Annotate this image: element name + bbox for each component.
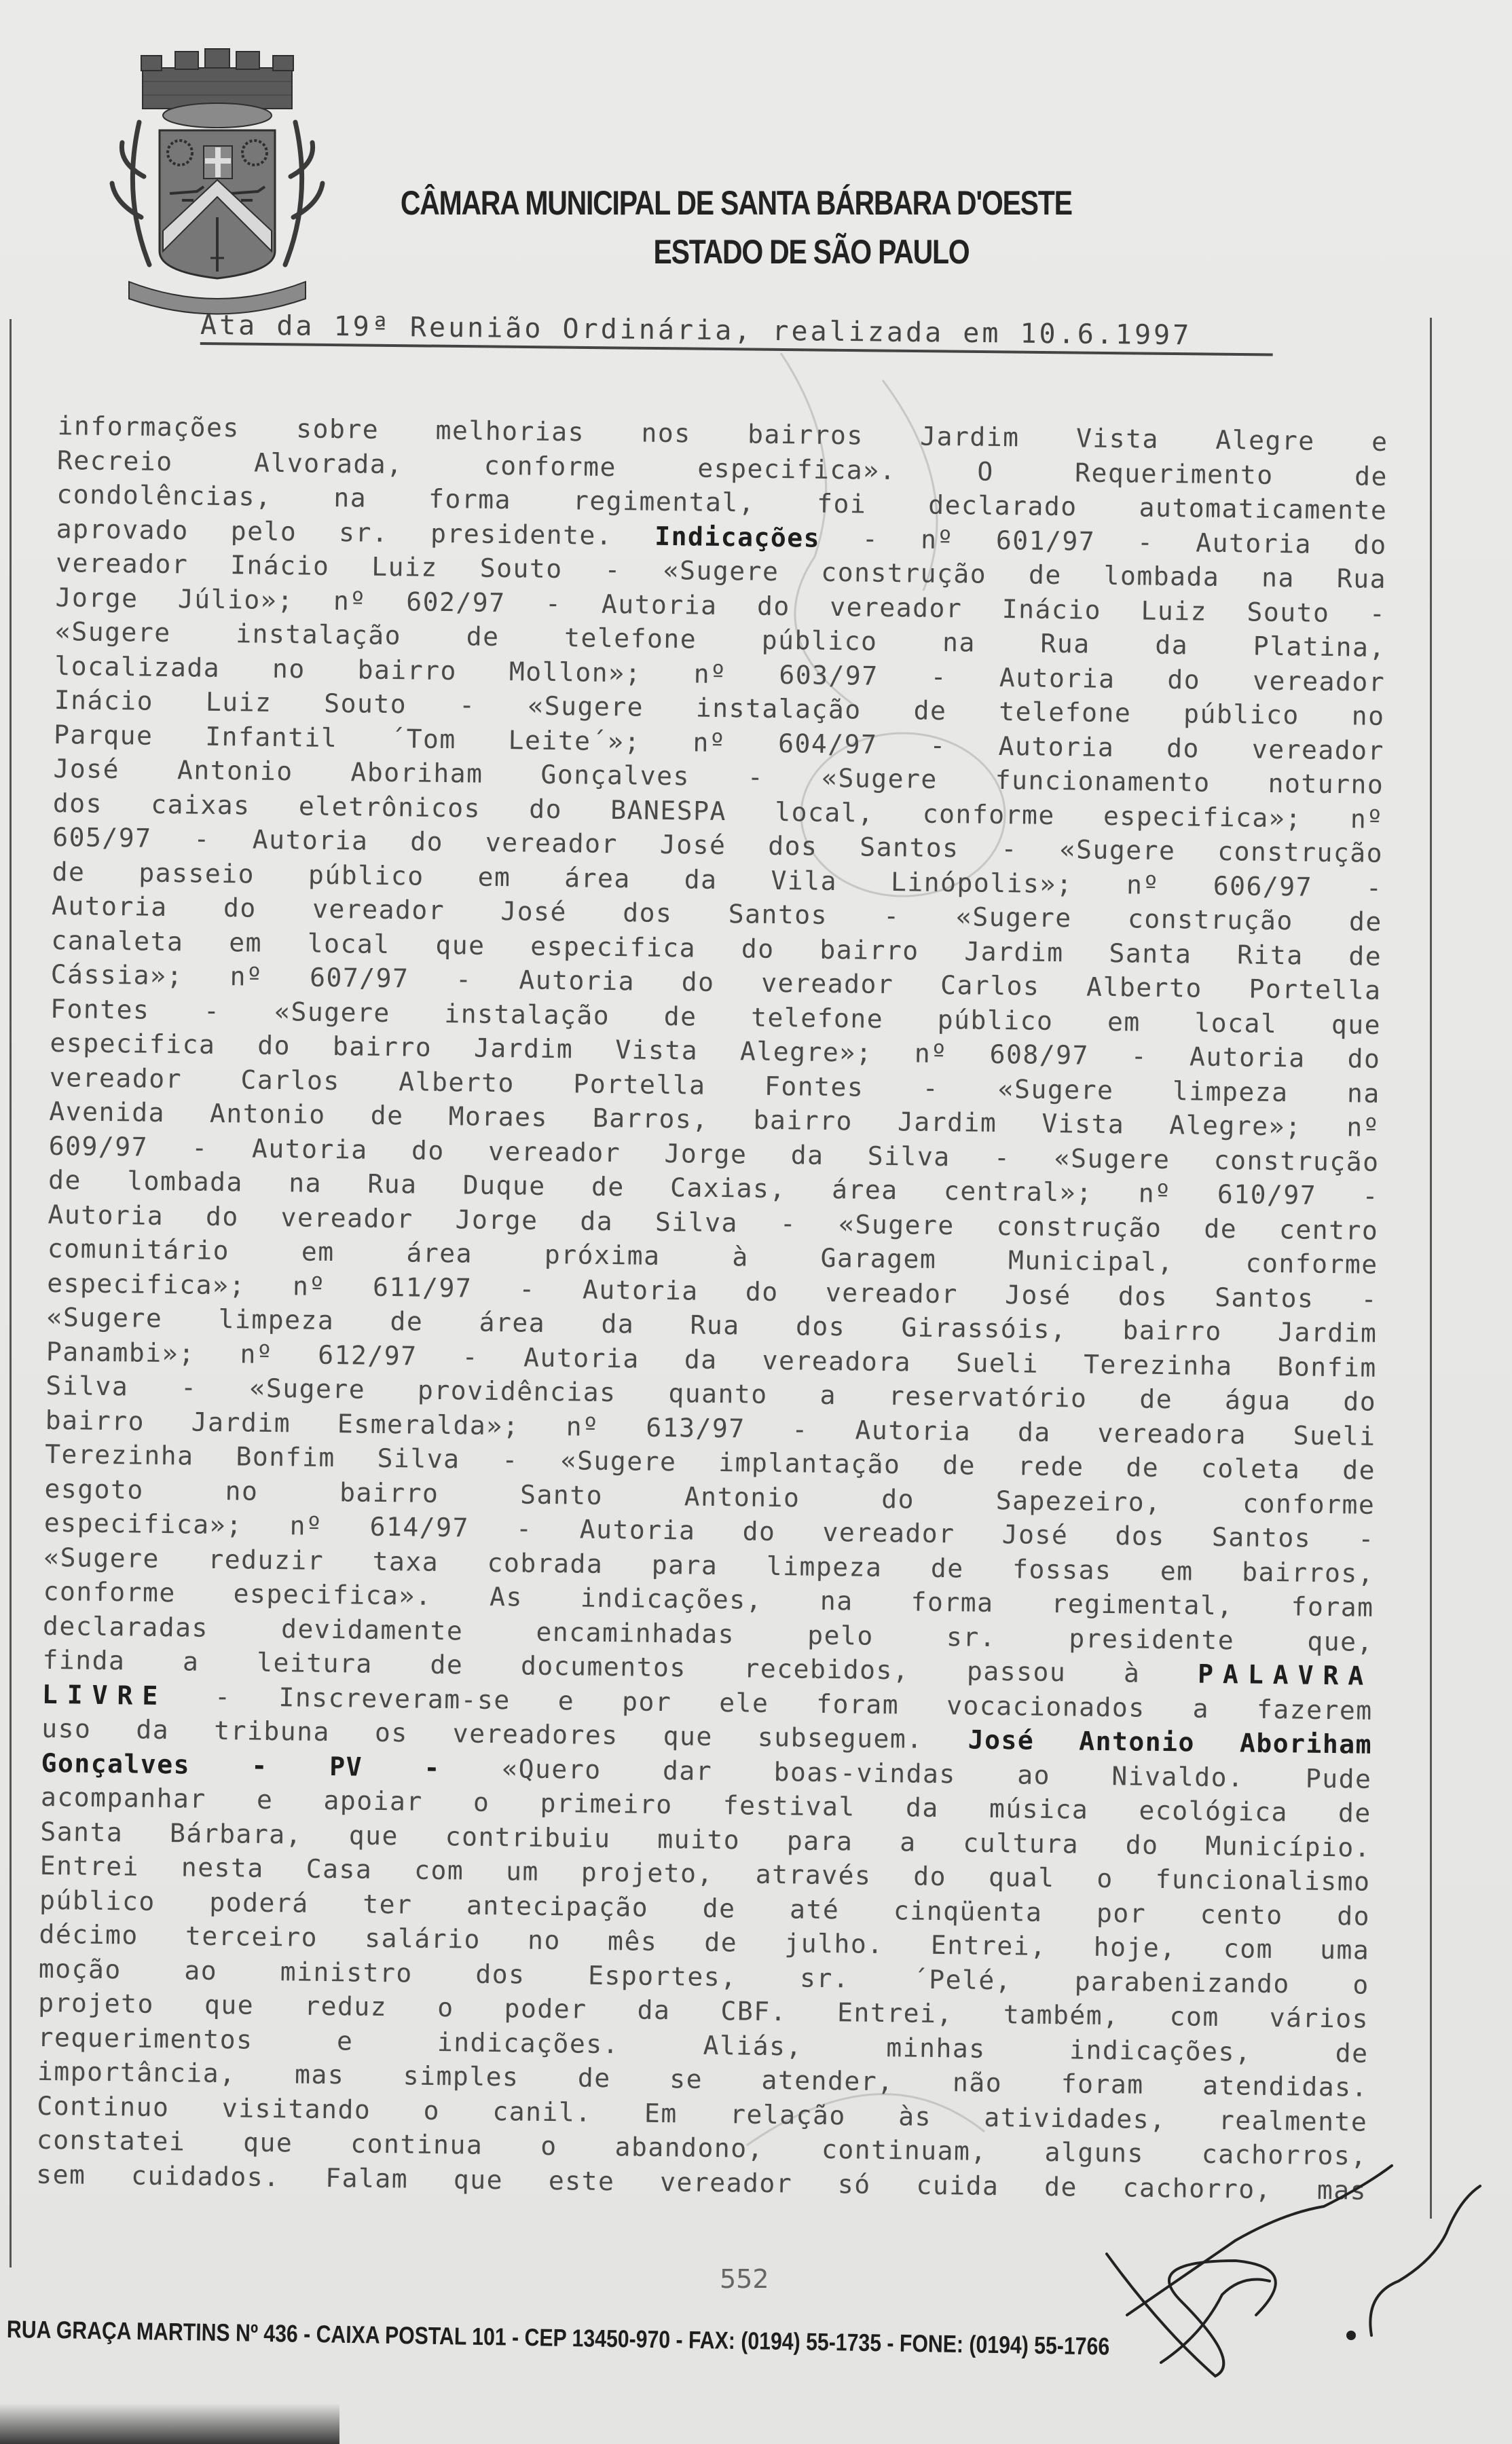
word: vereador	[660, 2165, 793, 2201]
page-number: 552	[720, 2264, 769, 2294]
word: relação	[730, 2097, 846, 2133]
word: vereador	[485, 826, 619, 862]
word: bairro	[819, 932, 919, 967]
word: Jardim	[964, 934, 1064, 969]
word: noturno	[1268, 766, 1384, 802]
word: conforme	[1245, 1246, 1378, 1282]
word: a	[819, 1378, 836, 1413]
word: Fontes	[50, 991, 150, 1026]
word: do	[1167, 662, 1200, 697]
word: de	[52, 854, 85, 889]
word: esgoto	[44, 1471, 144, 1506]
word: sr.	[800, 1961, 850, 1995]
minutes-body: informaçõessobremelhoriasnosbairrosJardi…	[36, 409, 1388, 2208]
word: da	[136, 1713, 169, 1747]
word: limpeza	[1173, 1074, 1289, 1110]
word: Silva	[868, 1138, 951, 1174]
word: nº	[693, 656, 726, 691]
word: o	[1352, 1967, 1369, 2002]
word: o	[1096, 1862, 1113, 1896]
word: pelo	[807, 1618, 874, 1653]
word: nº	[1126, 868, 1160, 902]
word: «Sugere	[528, 688, 644, 724]
word: nº	[693, 725, 726, 760]
word: nesta	[181, 1850, 264, 1885]
word: PALAVRA	[1198, 1657, 1373, 1694]
word: «Sugere	[997, 1071, 1113, 1107]
word: Duque	[463, 1168, 546, 1203]
word: do	[1354, 527, 1387, 562]
word: do	[1166, 730, 1200, 765]
word: regimental,	[573, 483, 756, 520]
word: água	[1225, 1383, 1291, 1418]
word: Rua	[367, 1167, 418, 1202]
word: de	[466, 619, 499, 654]
word: Luiz	[206, 685, 272, 720]
word: Souto	[324, 686, 407, 722]
word: Aliás,	[703, 2028, 803, 2063]
word: 603/97	[779, 658, 879, 693]
word: Jardim	[191, 1405, 291, 1440]
word: 609/97	[48, 1128, 148, 1164]
word: Portella	[573, 1067, 706, 1103]
word: poder	[504, 1991, 587, 2026]
word: que	[1331, 1007, 1382, 1041]
word: «Sugere	[822, 761, 938, 797]
word: cento	[1200, 1897, 1283, 1932]
word: presidente.	[430, 516, 613, 553]
word: do	[742, 1514, 775, 1549]
word: da	[580, 1204, 613, 1238]
word: -	[424, 1750, 441, 1785]
word: em	[1107, 1004, 1141, 1039]
word: Em	[644, 2096, 678, 2130]
word: nos	[641, 416, 691, 451]
word: em	[477, 859, 511, 894]
word: do	[410, 824, 443, 859]
word: Inscreveram-se	[278, 1680, 511, 1718]
word: ´Tom	[390, 722, 456, 757]
right-margin-rule	[1430, 318, 1432, 2219]
word: do	[881, 1481, 915, 1516]
word: do	[757, 589, 790, 623]
word: -	[502, 1443, 519, 1477]
word: de	[1204, 1211, 1237, 1246]
word: para	[787, 1823, 853, 1859]
word: Autoria	[579, 1513, 695, 1549]
word: e	[1371, 425, 1388, 460]
word: área	[564, 861, 631, 896]
word: da	[601, 1307, 634, 1341]
word: uma	[1320, 1933, 1370, 1967]
word: local	[307, 926, 390, 961]
word: Inácio	[230, 548, 330, 583]
word: comunitário	[48, 1232, 230, 1268]
word: dos	[1118, 1279, 1168, 1314]
word: moção	[39, 1951, 122, 1986]
word: Sapezeiro,	[995, 1483, 1161, 1519]
word: foram	[1061, 2067, 1143, 2102]
word: que	[435, 927, 485, 962]
word: poderá	[209, 1885, 309, 1920]
word: Mollon»;	[509, 654, 642, 690]
word: Jardim	[474, 1031, 574, 1067]
word: de	[942, 1448, 976, 1483]
word: recebidos,	[743, 1651, 909, 1687]
word: passeio	[139, 855, 255, 891]
word: boas-vindas	[773, 1755, 956, 1792]
word: próxima	[545, 1238, 661, 1274]
word: do	[223, 891, 257, 925]
word: -	[929, 728, 946, 762]
word: Terezinha	[1084, 1347, 1233, 1383]
coat-of-arms-icon	[102, 48, 333, 319]
word: especifica».	[233, 1576, 432, 1613]
word: -	[193, 821, 210, 856]
word: canil.	[492, 2094, 592, 2130]
word: LIVRE	[42, 1677, 168, 1713]
word: Autoria	[855, 1413, 971, 1449]
word: na	[1347, 1076, 1380, 1111]
word: Continuo	[37, 2088, 170, 2124]
word: primeiro	[540, 1786, 673, 1822]
word: cobrada	[487, 1545, 603, 1581]
word: Silva	[45, 1369, 128, 1404]
word: «Sugere	[956, 900, 1072, 936]
word: bairro	[333, 1029, 432, 1064]
word: 607/97	[310, 961, 409, 996]
word: e	[257, 1783, 274, 1817]
word: vários	[1270, 2001, 1369, 2036]
word: instalação	[236, 616, 401, 652]
word: 606/97	[1213, 868, 1313, 904]
word: «Sugere	[43, 1540, 160, 1576]
word: reduzir	[208, 1542, 324, 1578]
word: o	[473, 1785, 490, 1820]
word: do	[206, 1199, 239, 1234]
word: Município.	[1205, 1828, 1371, 1864]
footer-address: RUA GRAÇA MARTINS Nº 436 - CAIXA POSTAL …	[7, 2315, 1204, 2363]
word: tribuna	[214, 1714, 330, 1749]
word: antecipação	[466, 1888, 649, 1925]
word: Entrei,	[837, 1995, 953, 2031]
word: Autoria	[523, 1340, 640, 1376]
word: Antonio	[210, 1096, 326, 1132]
word: a	[1192, 1691, 1209, 1726]
word: fazerem	[1257, 1692, 1373, 1728]
word: nº	[240, 1337, 273, 1371]
word: terceiro	[185, 1919, 318, 1955]
word: CBF.	[720, 1994, 787, 2029]
minutes-heading: Ata da 19ª Reunião Ordinária, realizada …	[200, 310, 1273, 356]
word: -	[1366, 870, 1383, 905]
word: dar	[663, 1754, 713, 1788]
institution-name: CÂMARA MUNICIPAL DE SANTA BÁRBARA D'OEST…	[394, 183, 1079, 223]
word: da	[684, 1342, 718, 1377]
word: telefone	[564, 621, 697, 656]
word: a	[900, 1825, 917, 1859]
word: indicações.	[437, 2025, 620, 2062]
word: Pude	[1306, 1761, 1372, 1796]
word: nº	[293, 1269, 326, 1303]
word: bairros,	[1242, 1555, 1375, 1591]
word: Leite´»;	[508, 723, 641, 759]
word: condolências,	[56, 477, 272, 514]
word: instalação	[444, 997, 610, 1033]
word: Aboriham	[1240, 1726, 1373, 1762]
word: Platina,	[1253, 629, 1386, 665]
word: bairros	[748, 417, 864, 453]
word: de	[48, 1163, 81, 1198]
word: ecológica	[1139, 1794, 1288, 1830]
word: lombada	[1103, 559, 1219, 595]
word: até	[790, 1892, 840, 1927]
word: -	[462, 1339, 479, 1374]
word: subseguem.	[758, 1720, 923, 1756]
word: nº	[289, 1508, 322, 1543]
word: Aboriham	[350, 755, 483, 791]
word: -	[215, 1679, 232, 1714]
word: conforme	[1242, 1486, 1376, 1522]
word: Falam	[325, 2161, 408, 2196]
word: Cássia»;	[51, 957, 184, 993]
word: vereador	[826, 1275, 959, 1311]
word: de	[1348, 939, 1382, 974]
word: 602/97	[406, 585, 506, 620]
word: que	[204, 1988, 255, 2022]
word: taxa	[372, 1544, 439, 1579]
word: «Sugere	[1059, 832, 1175, 868]
word: Souto	[479, 551, 562, 587]
word: para	[651, 1547, 718, 1582]
word: vereador	[488, 1134, 621, 1170]
word: local,	[775, 794, 874, 830]
word: PV	[329, 1749, 363, 1784]
word: Carlos	[240, 1062, 340, 1098]
word: Autoria	[519, 963, 635, 999]
word: o	[540, 2129, 557, 2164]
word: mas	[295, 2057, 345, 2092]
word: 605/97	[52, 820, 152, 855]
word: no	[1351, 699, 1384, 733]
word: na	[333, 481, 367, 515]
word: vereadores	[453, 1716, 619, 1752]
word: regimental,	[1051, 1587, 1234, 1623]
word: Moraes	[448, 1099, 548, 1134]
word: sr.	[946, 1620, 997, 1654]
word: ´Pelé,	[912, 1962, 1012, 1997]
word: público	[1183, 697, 1299, 733]
word: Entrei	[39, 1849, 139, 1884]
word: dos	[623, 895, 673, 930]
word: que	[349, 1818, 399, 1853]
word: declaradas	[43, 1608, 208, 1644]
word: por	[1096, 1895, 1147, 1930]
word: José	[53, 752, 119, 787]
word: José	[967, 1723, 1034, 1758]
word: julho.	[784, 1926, 884, 1961]
word: especifica»;	[47, 1265, 246, 1302]
word: encaminhadas	[536, 1614, 735, 1651]
word: do	[411, 1133, 445, 1168]
word: reservatório	[889, 1379, 1088, 1415]
word: bairro	[1122, 1313, 1222, 1348]
word: Panambi»;	[46, 1334, 196, 1370]
word: localizada	[54, 648, 220, 684]
word: no	[225, 1474, 258, 1508]
word: forma	[428, 482, 511, 517]
word: -	[1001, 832, 1018, 866]
word: canaleta	[51, 923, 184, 959]
word: hoje,	[1093, 1930, 1176, 1965]
word: implantação	[718, 1445, 901, 1482]
word: do	[1347, 1041, 1380, 1076]
word: Casa	[306, 1852, 372, 1887]
word: continua	[350, 2126, 483, 2162]
word: Vila	[771, 863, 837, 898]
word: no	[528, 1923, 561, 1958]
word: -	[1358, 1522, 1375, 1557]
word: automaticamente	[1139, 490, 1387, 527]
word: -	[862, 521, 879, 556]
word: à	[1124, 1656, 1141, 1690]
word: centro	[1279, 1212, 1379, 1248]
word: Recreio	[57, 443, 173, 479]
word: o	[437, 1991, 454, 2025]
word: Parque	[54, 717, 153, 752]
word: público	[937, 1002, 1053, 1038]
word: do	[681, 965, 714, 999]
word: só	[838, 2167, 871, 2202]
word: da	[1155, 628, 1188, 663]
word: As	[490, 1580, 523, 1614]
word: Jardim	[898, 1105, 997, 1140]
word: da	[684, 862, 717, 897]
word: atender,	[761, 2063, 894, 2099]
word: na	[942, 625, 976, 660]
word: especifica»;	[1103, 798, 1302, 835]
word: na	[1261, 561, 1295, 595]
word: projeto,	[581, 1855, 714, 1891]
word: simples	[403, 2058, 519, 2094]
word: ao	[184, 1953, 217, 1988]
word: do	[1337, 1899, 1370, 1933]
word: da	[906, 1790, 939, 1825]
word: rede	[1018, 1449, 1084, 1484]
word: projeto	[38, 1986, 154, 2022]
word: «Sugere	[249, 1371, 365, 1407]
word: Bonfim	[236, 1439, 335, 1475]
word: vereador	[50, 1060, 183, 1096]
word: salário	[365, 1921, 481, 1957]
word: Esmeralda»;	[337, 1407, 520, 1443]
word: Autoria	[1190, 1039, 1306, 1075]
word: José	[1002, 1517, 1069, 1553]
word: o	[423, 2093, 440, 2128]
word: Santo	[520, 1477, 603, 1513]
word: Requerimento	[1075, 456, 1274, 492]
word: Alberto	[1086, 970, 1202, 1006]
word: especifica»;	[44, 1506, 243, 1542]
word: Autoria	[52, 889, 168, 925]
word: Luiz	[1141, 593, 1207, 629]
word: nº	[333, 583, 367, 618]
word: -	[792, 1412, 809, 1447]
word: construção	[821, 555, 987, 591]
word: sobre	[296, 411, 379, 447]
word: «Sugere	[663, 553, 779, 589]
left-margin-rule	[10, 319, 12, 2267]
word: que,	[1307, 1624, 1373, 1659]
word: -	[780, 1206, 797, 1241]
word: continuam,	[822, 2132, 987, 2168]
word: Autoria	[999, 660, 1115, 696]
word: bairro	[45, 1403, 145, 1438]
word: aprovado	[56, 511, 189, 547]
word: área	[406, 1236, 473, 1271]
word: parabenizando	[1075, 1964, 1291, 2001]
word: também,	[1003, 1997, 1120, 2033]
word: ao	[1017, 1758, 1050, 1792]
word: pelo	[230, 514, 297, 549]
word: limpeza	[766, 1549, 882, 1585]
word: conforme	[484, 448, 617, 484]
word: Rua	[1040, 627, 1090, 661]
word: vereador	[822, 1515, 955, 1551]
word: -	[1137, 525, 1154, 559]
word: da	[637, 1993, 670, 2028]
word: funcionamento	[995, 763, 1211, 800]
word: Santa	[40, 1814, 123, 1849]
word: sr.	[339, 515, 389, 550]
word: foram	[1291, 1589, 1373, 1625]
word: ter	[363, 1887, 413, 1921]
word: Santos	[860, 830, 959, 865]
word: os	[375, 1716, 408, 1750]
word: em	[229, 925, 262, 960]
word: Bárbara,	[170, 1816, 303, 1852]
word: Jorge	[55, 580, 138, 615]
word: -	[545, 586, 562, 621]
word: 614/97	[369, 1510, 469, 1545]
word: Gonçalves	[41, 1745, 190, 1781]
word: nº	[229, 959, 263, 994]
word: bairro	[339, 1475, 439, 1511]
word: 611/97	[373, 1270, 473, 1305]
word: não	[953, 2065, 1003, 2100]
word: Fontes	[764, 1069, 864, 1104]
word: foram	[816, 1686, 899, 1722]
word: Antonio	[177, 753, 293, 789]
word: especifica».	[697, 451, 896, 487]
word: Municipal,	[1008, 1243, 1174, 1279]
word: construção	[1213, 1143, 1379, 1179]
word: Infantil	[205, 719, 338, 755]
word: dos	[796, 1309, 846, 1344]
word: nº	[915, 1036, 948, 1071]
word: que	[243, 2126, 293, 2160]
word: Terezinha	[45, 1437, 194, 1473]
word: Jardim	[1278, 1315, 1378, 1350]
word: de	[390, 1304, 423, 1339]
word: central»;	[944, 1174, 1093, 1210]
word: «Quero	[502, 1752, 602, 1787]
word: às	[898, 2099, 932, 2134]
word: abandono,	[614, 2130, 764, 2166]
word: minhas	[886, 2031, 986, 2066]
word: leitura	[257, 1646, 373, 1682]
word: melhorias	[435, 413, 585, 449]
